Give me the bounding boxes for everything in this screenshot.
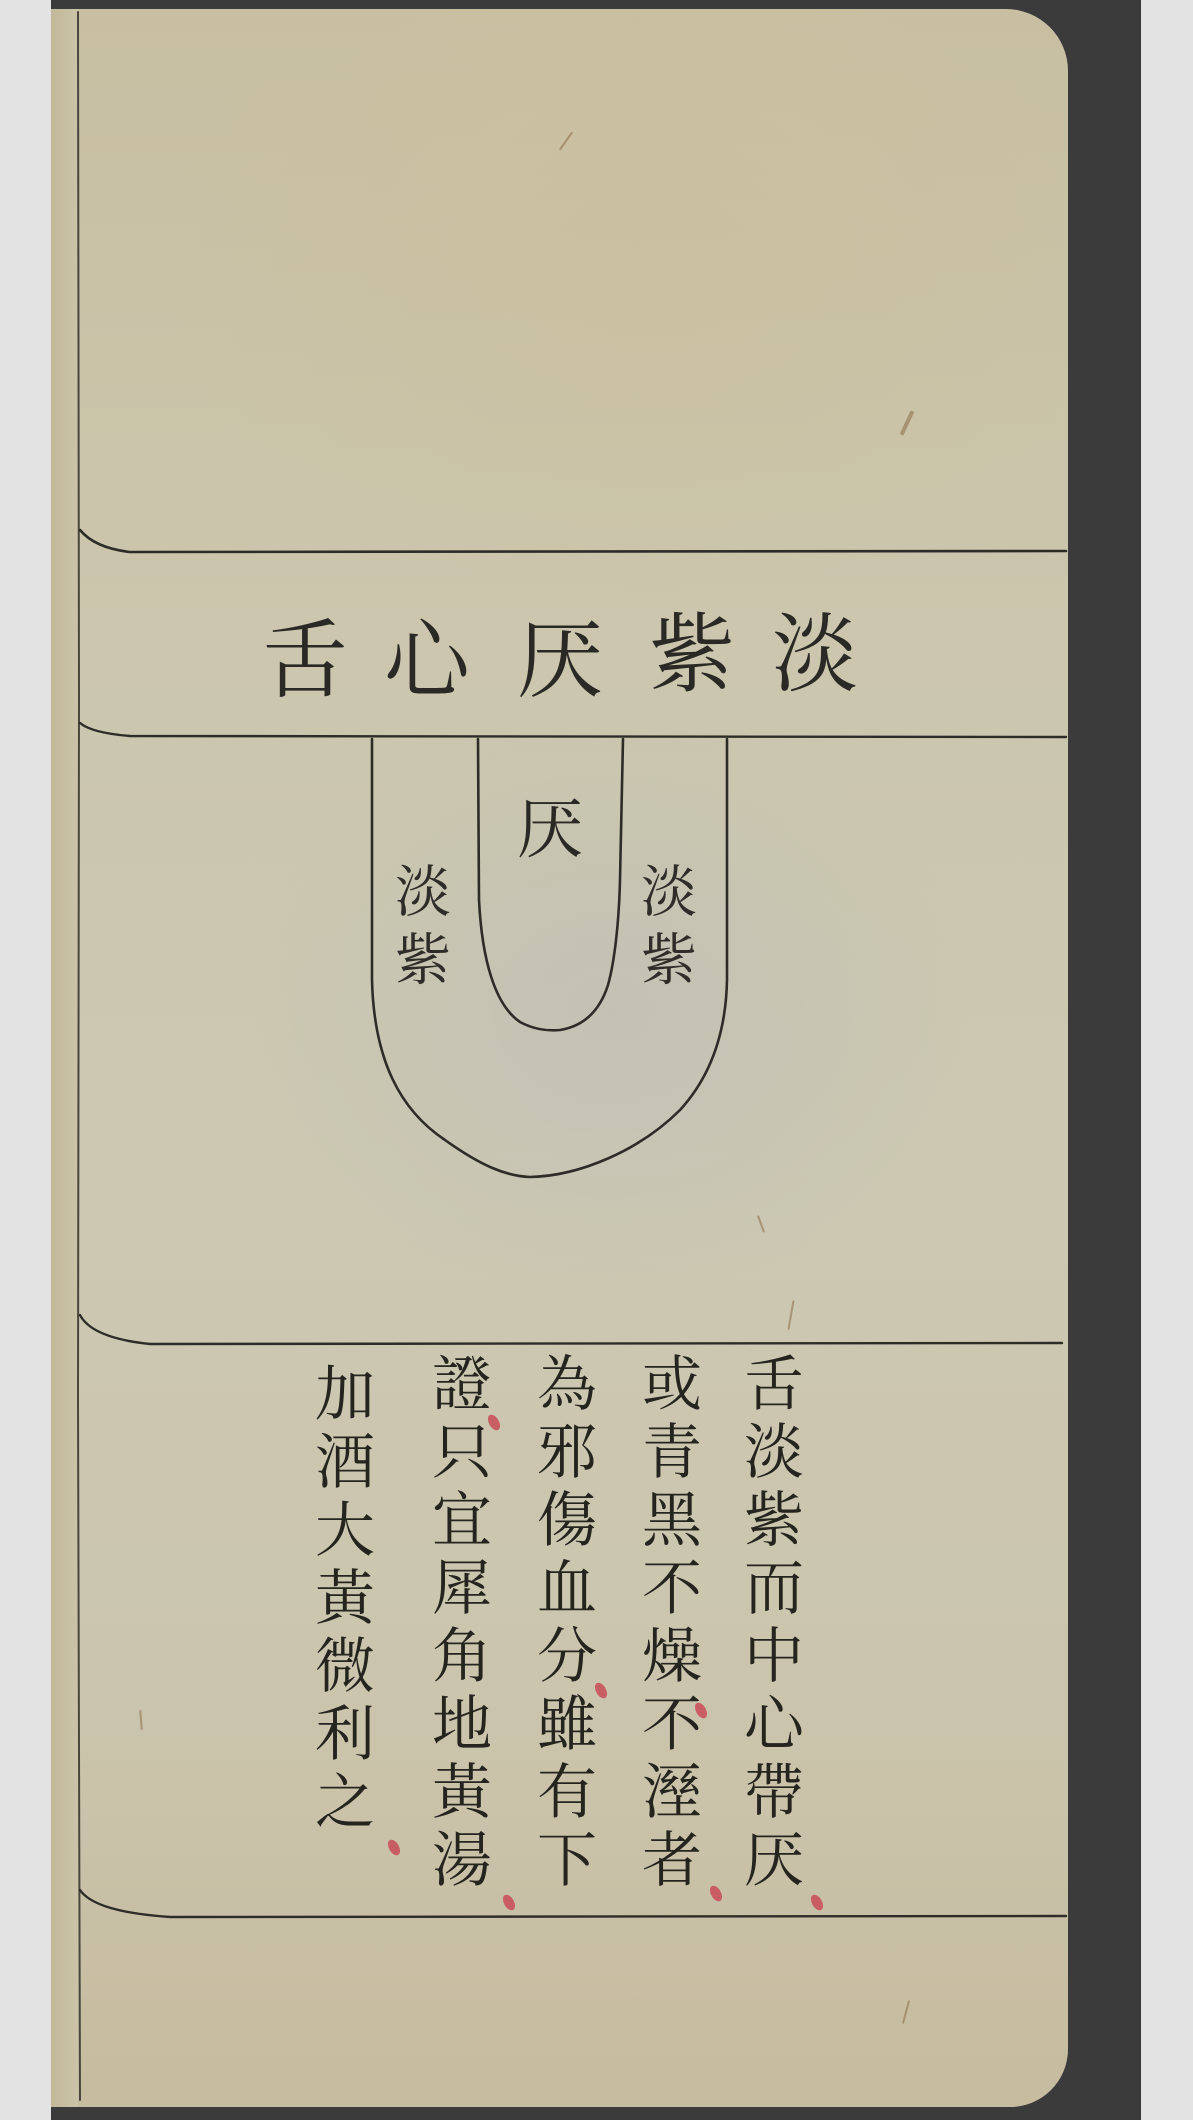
diagram-right-label: 淡紫 — [636, 862, 692, 998]
rule-title-bottom — [80, 723, 1066, 737]
diagram-center-label: 厌 — [510, 797, 590, 877]
text-column-5: 加酒大黃微利之 — [306, 1362, 370, 1838]
title-char-zi: 紫 — [642, 612, 742, 712]
title-char-xin: 心 — [377, 618, 477, 718]
diagram-left-label: 淡紫 — [390, 862, 446, 998]
title-char-hui: 厌 — [510, 618, 610, 718]
rule-top — [80, 530, 1066, 552]
text-column-1: 舌淡紫而中心帶厌 — [735, 1352, 799, 1896]
title-char-dan: 淡 — [765, 612, 865, 712]
text-column-2: 或青黑不燥不溼者 — [633, 1352, 697, 1896]
text-column-4: 證只宜犀角地黃湯 — [423, 1352, 487, 1896]
rule-diagram-bottom — [80, 1315, 1062, 1344]
title-char-she: 舌 — [255, 618, 355, 718]
text-column-3: 為邪傷血分雖有下 — [528, 1352, 592, 1896]
spine-line — [78, 12, 80, 2100]
tongue-inner-outline — [478, 739, 623, 1030]
